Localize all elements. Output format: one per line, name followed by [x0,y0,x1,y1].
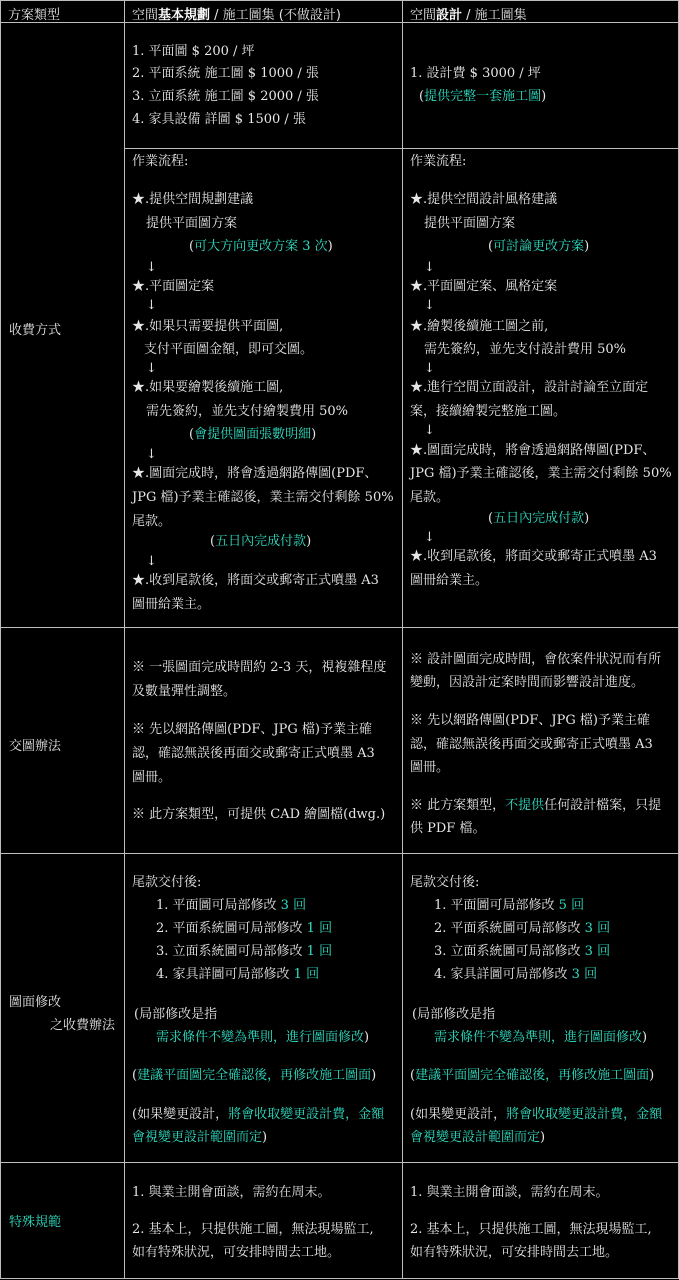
design-flow-note: (五日內完成付款) [488,510,589,528]
design-flow-step: 案，接續繪製完整施工圖。 [410,403,566,421]
delivery-note: 認，確認無誤後再面交或郵寄正式噴墨 A3 [410,736,653,754]
basic-flow-step: ★.收到尾款後，將面交或郵寄正式噴墨 A3 [132,572,379,590]
revision-title: 尾款交付後: [410,874,479,892]
basic-price-4: 4. 家具設備 詳圖 $ 1500 / 張 [132,111,306,129]
basic-flow-note: (五日內完成付款) [210,533,311,551]
design-flow-step: JPG 檔)予業主確認後，業主需交付剩餘 50% [410,465,672,483]
delivery-note: ※ 一張圖面完成時間約 2-3 天，視複雜程度 [132,659,386,677]
revision-note: (建議平面圖完全確認後，再修改施工圖面) [410,1067,654,1085]
basic-flow-cell: 作業流程: ★.提供空間規劃建議 提供平面圖方案 (可大方向更改方案 3 次) … [124,148,403,628]
revision-title: 尾款交付後: [132,874,201,892]
revision-item: 2. 平面系統圖可局部修改 3 回 [434,920,610,938]
arrow-down-icon: ↓ [146,446,157,464]
delivery-note: 圖冊。 [132,769,171,787]
design-flow-step: 提供平面圖方案 [424,215,515,233]
basic-flow-step: 需先簽約，並先支付繪製費用 50% [146,403,348,421]
delivery-note: 認，確認無誤後再面交或郵寄正式噴墨 A3 [132,745,375,763]
design-flow-step: ★.進行空間立面設計，設計討論至立面定 [410,379,648,397]
header-cell-design: 空間設計 / 施工圖集 [402,0,679,23]
design-flow-step: ★.提供空間設計風格建議 [410,191,557,209]
arrow-down-icon: ↓ [146,259,157,277]
revision-note: (如果變更設計，將會收取變更設計費，金額 [410,1106,662,1124]
basic-flow-step: 支付平面圖金額，即可交圖。 [144,341,313,359]
revision-label-line2: 之收費辦法 [50,1014,115,1033]
arrow-down-icon: ↓ [146,553,157,571]
delivery-note: 供 PDF 檔。 [410,820,485,838]
revision-item: 4. 家具詳圖可局部修改 3 回 [434,966,597,984]
delivery-note: 變動，因設計定案時間而影響設計進度。 [410,674,644,692]
design-flow-step: 需先簽約，並先支付設計費用 50% [424,341,626,359]
arrow-down-icon: ↓ [424,529,435,547]
basic-flow-step: JPG 檔)予業主確認後，業主需交付剩餘 50% [132,489,394,507]
special-item: 如有特殊狀況，可安排時間去工地。 [132,1244,340,1262]
basic-price-2: 2. 平面系統 施工圖 $ 1000 / 張 [132,65,319,83]
delivery-note: ※ 此方案類型，可提供 CAD 繪圖檔(dwg.) [132,806,385,824]
design-price: 1. 設計費 $ 3000 / 坪 [410,65,541,83]
basic-price-3: 3. 立面系統 施工圖 $ 2000 / 張 [132,88,319,106]
special-item: 2. 基本上，只提供施工圖，無法現場監工, [410,1221,652,1239]
delivery-note: ※ 此方案類型，不提供任何設計檔案，只提 [410,797,661,815]
header-cell-plan-type: 方案類型 [0,0,125,23]
design-flow-note: (可討論更改方案) [488,238,589,256]
design-flow-step: ★.圖面完成時，將會透過網路傳圖(PDF、 [410,442,655,460]
design-flow-step: 圖冊給業主。 [410,572,488,590]
basic-flow-step: ★.提供空間規劃建議 [132,191,253,209]
basic-flow-step: 圖冊給業主。 [132,596,210,614]
delivery-note: ※ 先以網路傳圖(PDF、JPG 檔)予業主確 [410,712,650,730]
revision-note: 需求條件不變為準則，進行圖面修改) [156,1029,369,1047]
revision-item: 3. 立面系統圖可局部修改 3 回 [434,943,610,961]
revision-note: (局部修改是指 [134,1006,217,1024]
delivery-note: ※ 先以網路傳圖(PDF、JPG 檔)予業主確 [132,721,372,739]
design-flow-cell: 作業流程: ★.提供空間設計風格建議 提供平面圖方案 (可討論更改方案) ↓ ★… [402,148,679,628]
basic-prices-cell: 1. 平面圖 $ 200 / 坪 2. 平面系統 施工圖 $ 1000 / 張 … [124,22,403,149]
special-item: 2. 基本上，只提供施工圖，無法現場監工, [132,1221,374,1239]
basic-flow-step: 提供平面圖方案 [146,215,237,233]
design-flow-step: ★.繪製後續施工圖之前, [410,318,548,336]
pricing-table: 方案類型 空間基本規劃 / 施工圖集 (不做設計) 空間設計 / 施工圖集 收費… [0,0,679,1280]
design-prices-cell: 1. 設計費 $ 3000 / 坪 (提供完整一套施工圖) [402,22,679,149]
design-special-cell: 1. 與業主開會面談，需約在周末。 2. 基本上，只提供施工圖，無法現場監工, … [402,1162,679,1279]
design-flow-step: 尾款。 [410,489,449,507]
revision-item: 1. 平面圖可局部修改 3 回 [156,897,306,915]
arrow-down-icon: ↓ [424,360,435,378]
arrow-down-icon: ↓ [146,297,157,315]
delivery-note: 及數量彈性調整。 [132,683,236,701]
basic-delivery-cell: ※ 一張圖面完成時間約 2-3 天，視複雜程度 及數量彈性調整。 ※ 先以網路傳… [124,627,403,854]
revision-note: 需求條件不變為準則，進行圖面修改) [434,1029,647,1047]
header-design: 空間設計 / 施工圖集 [410,4,527,23]
revision-label-line1: 圖面修改 [9,991,61,1010]
basic-flow-step: ★.如果只需要提供平面圖, [132,318,283,336]
basic-revision-cell: 尾款交付後: 1. 平面圖可局部修改 3 回 2. 平面系統圖可局部修改 1 回… [124,853,403,1163]
design-flow-step: ★.平面圖定案、風格定案 [410,278,557,296]
delivery-note: 圖冊。 [410,759,449,777]
design-delivery-cell: ※ 設計圖面完成時間，會依案件狀況而有所 變動，因設計定案時間而影響設計進度。 … [402,627,679,854]
revision-note: (建議平面圖完全確認後，再修改施工圖面) [132,1067,376,1085]
special-item: 1. 與業主開會面談，需約在周末。 [410,1184,609,1202]
fees-label: 收費方式 [9,319,61,338]
revision-item: 1. 平面圖可局部修改 5 回 [434,897,584,915]
header-basic: 空間基本規劃 / 施工圖集 (不做設計) [132,4,341,23]
special-item: 1. 與業主開會面談，需約在周末。 [132,1184,331,1202]
design-flow-step: ★.收到尾款後，將面交或郵寄正式噴墨 A3 [410,548,657,566]
revision-item: 3. 立面系統圖可局部修改 1 回 [156,943,332,961]
revision-note: (局部修改是指 [412,1006,495,1024]
design-flow-title: 作業流程: [410,153,466,171]
header-cell-basic: 空間基本規劃 / 施工圖集 (不做設計) [124,0,403,23]
basic-flow-step: 尾款。 [132,513,171,531]
row-label-special: 特殊規範 [0,1162,125,1279]
arrow-down-icon: ↓ [424,259,435,277]
revision-note: 會視變更設計範圍而定) [410,1129,545,1147]
delivery-label: 交圖辦法 [9,735,61,754]
basic-flow-title: 作業流程: [132,153,188,171]
basic-special-cell: 1. 與業主開會面談，需約在周末。 2. 基本上，只提供施工圖，無法現場監工, … [124,1162,403,1279]
delivery-note: ※ 設計圖面完成時間，會依案件狀況而有所 [410,651,661,669]
basic-flow-step: ★.如果要繪製後續施工圖, [132,379,283,397]
revision-note: (如果變更設計，將會收取變更設計費，金額 [132,1106,384,1124]
revision-item: 4. 家具詳圖可局部修改 1 回 [156,966,319,984]
header-plan-type: 方案類型 [8,4,60,23]
design-price-note: (提供完整一套施工圖) [419,88,546,106]
basic-flow-note: (可大方向更改方案 3 次) [189,238,333,256]
revision-item: 2. 平面系統圖可局部修改 1 回 [156,920,332,938]
special-label: 特殊規範 [9,1211,61,1230]
arrow-down-icon: ↓ [146,360,157,378]
arrow-down-icon: ↓ [424,422,435,440]
basic-flow-step: ★.平面圖定案 [132,278,214,296]
special-item: 如有特殊狀況，可安排時間去工地。 [410,1244,618,1262]
row-label-revision: 圖面修改 之收費辦法 [0,853,125,1163]
row-label-fees: 收費方式 [0,22,125,628]
arrow-down-icon: ↓ [424,297,435,315]
revision-note: 會視變更設計範圍而定) [132,1129,267,1147]
row-label-delivery: 交圖辦法 [0,627,125,854]
basic-flow-note: (會提供圖面張數明細) [189,426,316,444]
design-revision-cell: 尾款交付後: 1. 平面圖可局部修改 5 回 2. 平面系統圖可局部修改 3 回… [402,853,679,1163]
basic-price-1: 1. 平面圖 $ 200 / 坪 [132,43,255,61]
basic-flow-step: ★.圖面完成時，將會透過網路傳圖(PDF、 [132,465,377,483]
